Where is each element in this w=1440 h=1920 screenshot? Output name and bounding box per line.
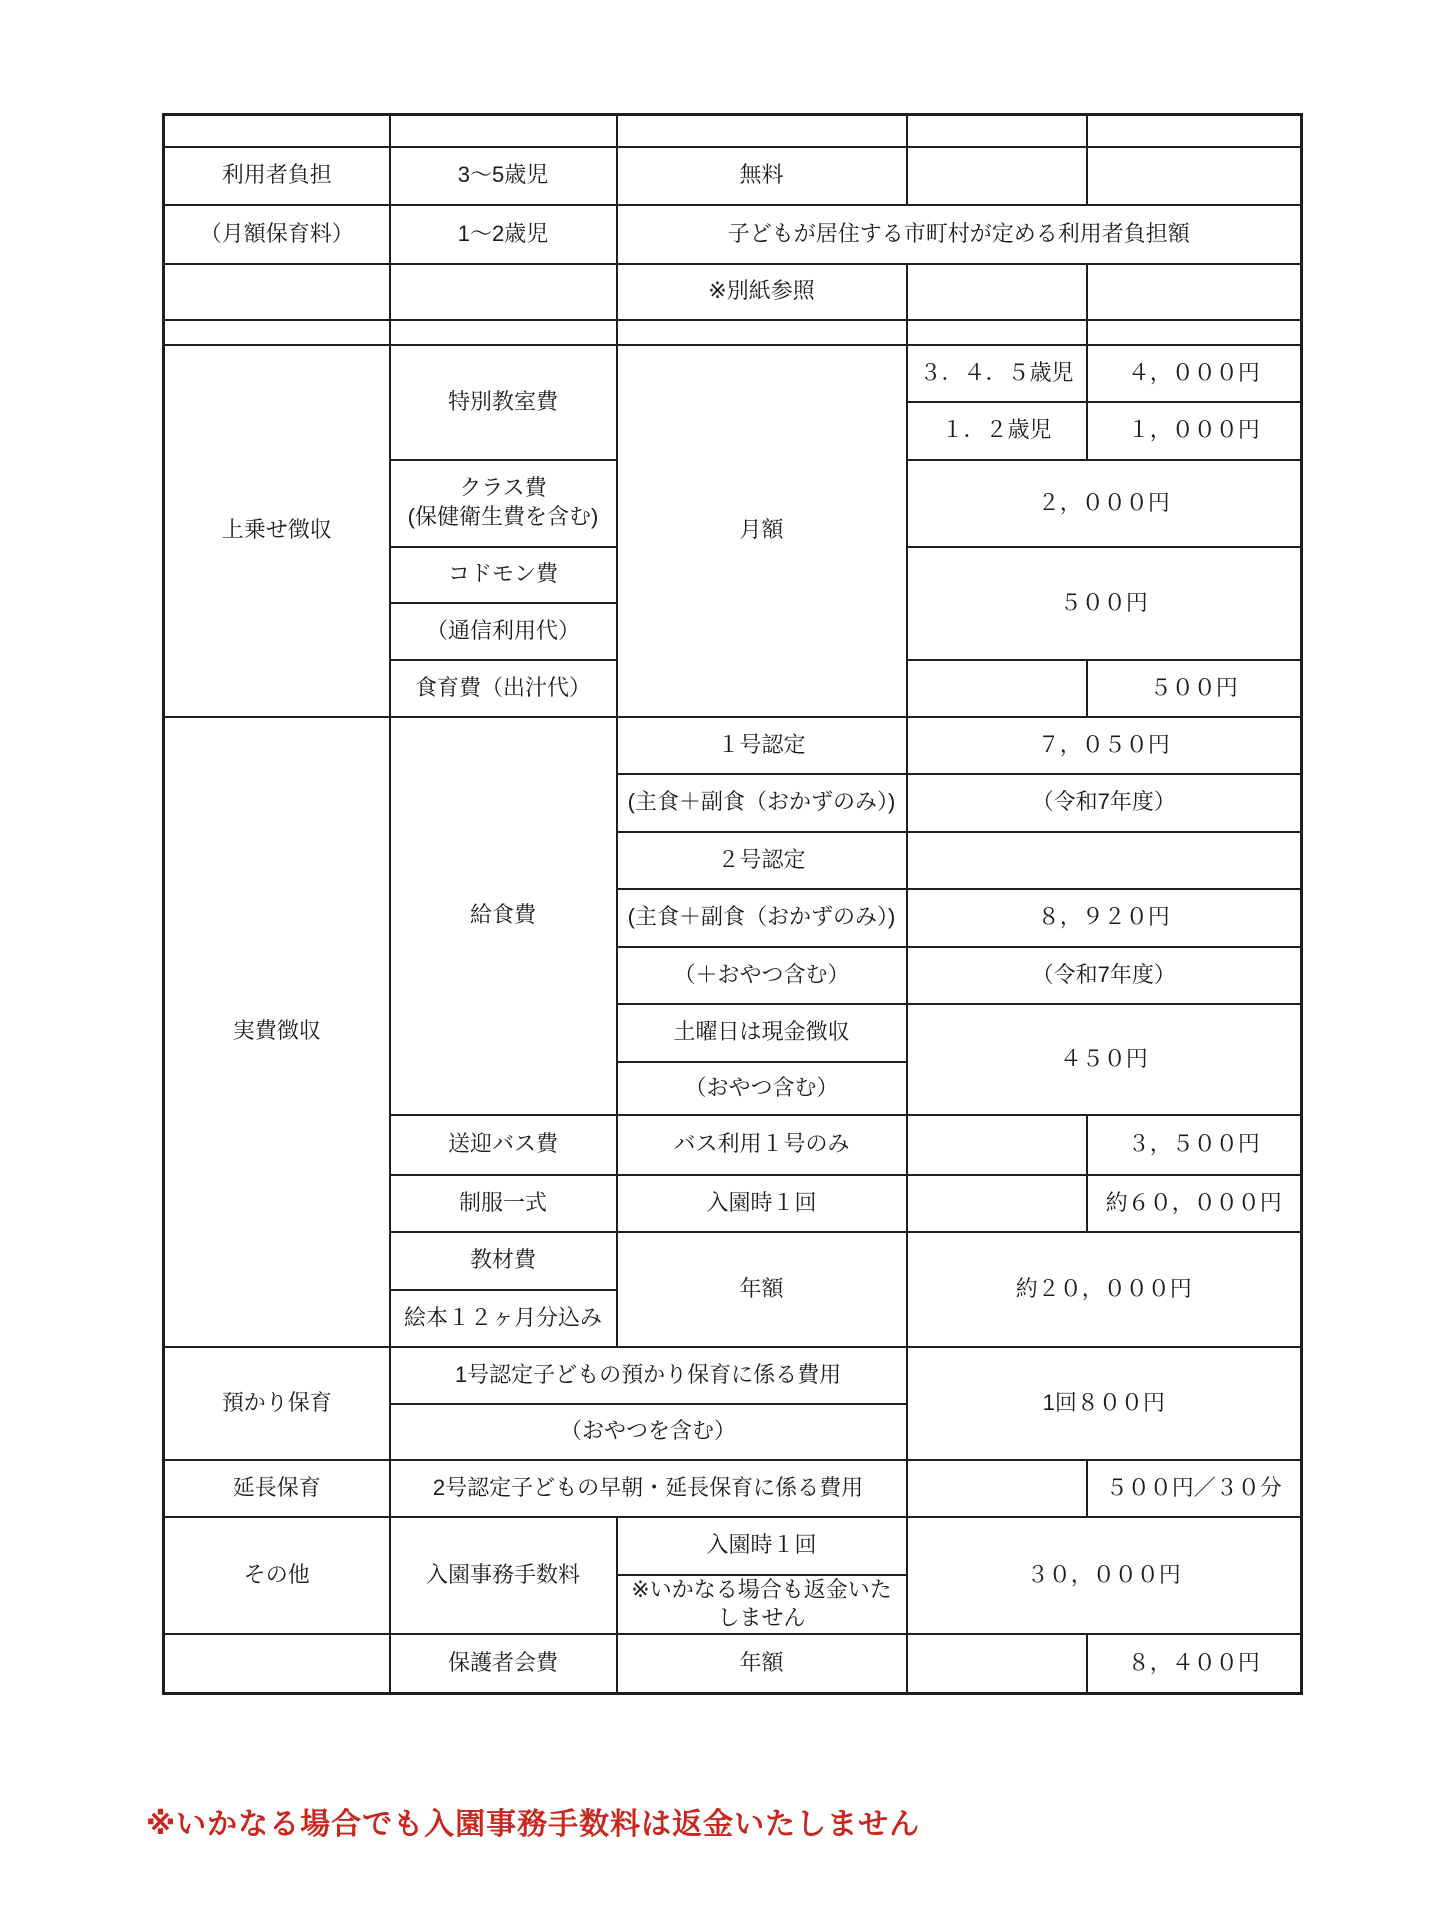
refund-warning-note: ※いかなる場合でも入園事務手数料は返金いたしません xyxy=(146,1799,1346,1843)
empty-cell xyxy=(1087,320,1302,345)
cell-see-attachment: ※別紙参照 xyxy=(617,264,907,320)
cell-lunch-row4: (主食＋副食（おかずのみ）) xyxy=(617,889,907,947)
cell-nyuen-price: ３０，０００円 xyxy=(907,1517,1302,1634)
cell-hogosha-price: ８，４００円 xyxy=(1087,1634,1302,1694)
cell-lunch-row5-price: （令和7年度） xyxy=(907,947,1302,1004)
cell-age-345: ３．４．５歳児 xyxy=(907,345,1087,402)
row-sonota-1: その他 入園事務手数料 入園時１回 ３０，０００円 xyxy=(164,1517,1302,1575)
cell-age-1-2: 1～2歳児 xyxy=(390,205,617,264)
cell-user-burden-label: 利用者負担 xyxy=(164,147,390,205)
empty-cell xyxy=(907,320,1087,345)
cell-encho-price: ５００円／３０分 xyxy=(1087,1460,1302,1517)
cell-hogosha-label: 保護者会費 xyxy=(390,1634,617,1694)
cell-price-12: １，０００円 xyxy=(1087,402,1302,460)
row-encho: 延長保育 2号認定子どもの早朝・延長保育に係る費用 ５００円／３０分 xyxy=(164,1460,1302,1517)
cell-price-345: ４，０００円 xyxy=(1087,345,1302,402)
cell-shokuiku-label: 食育費（出汁代） xyxy=(390,660,617,717)
cell-section-azukari: 預かり保育 xyxy=(164,1347,390,1460)
row-see-attachment: ※別紙参照 xyxy=(164,264,1302,320)
cell-uwanose-period: 月額 xyxy=(617,345,907,717)
row-monthly-fee: （月額保育料） 1～2歳児 子どもが居住する市町村が定める利用者負担額 xyxy=(164,205,1302,264)
cell-class-fee-price: ２，０００円 xyxy=(907,460,1302,547)
empty-cell xyxy=(907,1115,1087,1175)
empty-cell xyxy=(907,832,1302,889)
empty-cell xyxy=(907,264,1087,320)
cell-section-uwanose: 上乗せ徴収 xyxy=(164,345,390,717)
cell-lunch-row7: （おやつ含む） xyxy=(617,1062,907,1115)
cell-monthly-fee-label: （月額保育料） xyxy=(164,205,390,264)
cell-kyozai-price: 約２０，０００円 xyxy=(907,1232,1302,1347)
empty-cell xyxy=(907,1460,1087,1517)
empty-cell xyxy=(617,115,907,147)
empty-cell xyxy=(907,1634,1087,1694)
cell-ehon-label: 絵本１２ヶ月分込み xyxy=(390,1290,617,1347)
cell-fee-3-5: 無料 xyxy=(617,147,907,205)
cell-lunch-row5: （＋おやつ含む） xyxy=(617,947,907,1004)
empty-cell xyxy=(390,264,617,320)
cell-nyuen-note: ※いかなる場合も返金いたしません xyxy=(617,1575,907,1634)
cell-nyuen-desc: 入園時１回 xyxy=(617,1517,907,1575)
cell-section-sonota: その他 xyxy=(164,1517,390,1634)
class-fee-line2: (保健衛生費を含む) xyxy=(394,503,613,532)
cell-lunch-row1: １号認定 xyxy=(617,717,907,774)
empty-cell xyxy=(1087,115,1302,147)
cell-lunch-row2-price: （令和7年度） xyxy=(907,774,1302,832)
class-fee-line1: クラス費 xyxy=(394,474,613,503)
cell-uniform-price: 約６０，０００円 xyxy=(1087,1175,1302,1232)
empty-cell xyxy=(164,115,390,147)
cell-section-jippi: 実費徴収 xyxy=(164,717,390,1347)
empty-cell xyxy=(907,1175,1087,1232)
empty-cell xyxy=(907,115,1087,147)
cell-encho-desc: 2号認定子どもの早朝・延長保育に係る費用 xyxy=(390,1460,907,1517)
empty-cell xyxy=(390,115,617,147)
cell-azukari-price: 1回８００円 xyxy=(907,1347,1302,1460)
row-hogosha: 保護者会費 年額 ８，４００円 xyxy=(164,1634,1302,1694)
cell-bus-price: ３，５００円 xyxy=(1087,1115,1302,1175)
cell-hogosha-period: 年額 xyxy=(617,1634,907,1694)
empty-cell xyxy=(907,660,1087,717)
spacer-row xyxy=(164,320,1302,345)
cell-nyuen-label: 入園事務手数料 xyxy=(390,1517,617,1634)
empty-cell xyxy=(617,320,907,345)
cell-codmon-price: ５００円 xyxy=(907,547,1302,660)
empty-cell xyxy=(164,320,390,345)
cell-lunch-row4-price: ８，９２０円 xyxy=(907,889,1302,947)
fee-table: 利用者負担 3～5歳児 無料 （月額保育料） 1～2歳児 子どもが居住する市町村… xyxy=(162,113,1303,1695)
cell-bus-desc: バス利用１号のみ xyxy=(617,1115,907,1175)
empty-cell xyxy=(164,1634,390,1694)
cell-kyozai-period: 年額 xyxy=(617,1232,907,1347)
cell-lunch-label: 給食費 xyxy=(390,717,617,1115)
empty-cell xyxy=(390,320,617,345)
cell-uniform-label: 制服一式 xyxy=(390,1175,617,1232)
cell-uniform-desc: 入園時１回 xyxy=(617,1175,907,1232)
cell-age-12: １．２歳児 xyxy=(907,402,1087,460)
cell-age-3-5: 3～5歳児 xyxy=(390,147,617,205)
cell-saturday-price: ４５０円 xyxy=(907,1004,1302,1115)
cell-codmon-sub: （通信利用代） xyxy=(390,603,617,660)
cell-azukari-desc2: （おやつを含む） xyxy=(390,1404,907,1460)
cell-lunch-row6: 土曜日は現金徴収 xyxy=(617,1004,907,1062)
empty-cell xyxy=(164,264,390,320)
cell-class-fee-label: クラス費 (保健衛生費を含む) xyxy=(390,460,617,547)
cell-lunch-row1-price: ７，０５０円 xyxy=(907,717,1302,774)
cell-special-class-label: 特別教室費 xyxy=(390,345,617,460)
empty-cell xyxy=(907,147,1087,205)
cell-lunch-row2: (主食＋副食（おかずのみ）) xyxy=(617,774,907,832)
row-user-burden: 利用者負担 3～5歳児 無料 xyxy=(164,147,1302,205)
document-page: 利用者負担 3～5歳児 無料 （月額保育料） 1～2歳児 子どもが居住する市町村… xyxy=(0,0,1440,1920)
row-lunch-1: 実費徴収 給食費 １号認定 ７，０５０円 xyxy=(164,717,1302,774)
cell-azukari-desc1: 1号認定子どもの預かり保育に係る費用 xyxy=(390,1347,907,1404)
cell-section-encho: 延長保育 xyxy=(164,1460,390,1517)
row-special-class-345: 上乗せ徴収 特別教室費 月額 ３．４．５歳児 ４，０００円 xyxy=(164,345,1302,402)
empty-cell xyxy=(1087,147,1302,205)
cell-kyozai-label: 教材費 xyxy=(390,1232,617,1290)
header-row xyxy=(164,115,1302,147)
cell-lunch-row3: ２号認定 xyxy=(617,832,907,889)
empty-cell xyxy=(1087,264,1302,320)
cell-codmon-label: コドモン費 xyxy=(390,547,617,603)
row-azukari-1: 預かり保育 1号認定子どもの預かり保育に係る費用 1回８００円 xyxy=(164,1347,1302,1404)
cell-shokuiku-price: ５００円 xyxy=(1087,660,1302,717)
cell-fee-1-2: 子どもが居住する市町村が定める利用者負担額 xyxy=(617,205,1302,264)
cell-bus-label: 送迎バス費 xyxy=(390,1115,617,1175)
